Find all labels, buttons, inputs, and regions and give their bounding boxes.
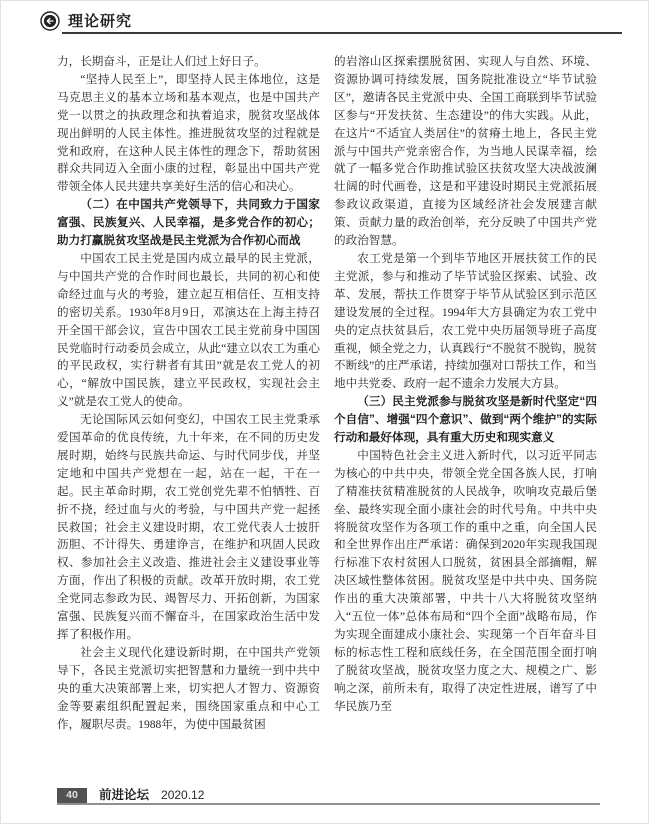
paragraph: 无论国际风云如何变幻，中国农工民主党秉承爱国革命的优良传统，九十年来，在不同的历… <box>57 411 320 644</box>
paragraph: 社会主义现代化建设新时期，在中国共产党领导下，各民主党派切实把智慧和力量统一到中… <box>57 644 320 734</box>
header-rule <box>62 32 622 34</box>
paragraph: 农工党是第一个到毕节地区开展扶贫工作的民主党派，参与和推动了毕节试验区探索、试验… <box>334 250 597 393</box>
section-label: 理论研究 <box>68 10 132 31</box>
left-text-column: 力，长期奋斗，正是让人们过上好日子。“坚持人民至上”，即坚持人民主体地位，这是马… <box>57 53 320 733</box>
section-heading: （二）在中国共产党领导下，共同致力于国家富强、民族复兴、人民幸福，是多党合作的初… <box>57 196 320 250</box>
paragraph: 的岩溶山区探索摆脱贫困、实现人与自然、环境、资源协调可持续发展，国务院批准设立“… <box>334 53 597 250</box>
right-text-column: 的岩溶山区探索摆脱贫困、实现人与自然、环境、资源协调可持续发展，国务院批准设立“… <box>334 53 597 716</box>
section-heading: （三）民主党派参与脱贫攻坚是新时代坚定“四个自信”、增强“四个意识”、做到“两个… <box>334 393 597 447</box>
paragraph: 中国特色社会主义进入新时代，以习近平同志为核心的中共中央，带领全党全国各族人民，… <box>334 447 597 716</box>
circle-arrow-icon <box>40 11 60 31</box>
journal-issue: 2020.12 <box>161 787 204 803</box>
paragraph: 力，长期奋斗，正是让人们过上好日子。 <box>57 53 320 71</box>
page-header: 理论研究 <box>40 10 132 31</box>
page-number-badge: 40 <box>57 788 87 803</box>
page-footer: 40 前进论坛 2020.12 <box>57 787 600 805</box>
paragraph: 中国农工民主党是国内成立最早的民主党派，与中国共产党的合作时间也最长，共同的初心… <box>57 250 320 411</box>
paragraph: “坚持人民至上”，即坚持人民主体地位，这是马克思主义的基本立场和基本观点，也是中… <box>57 71 320 196</box>
journal-title: 前进论坛 <box>99 787 149 803</box>
journal-page: 理论研究 力，长期奋斗，正是让人们过上好日子。“坚持人民至上”，即坚持人民主体地… <box>0 0 649 824</box>
